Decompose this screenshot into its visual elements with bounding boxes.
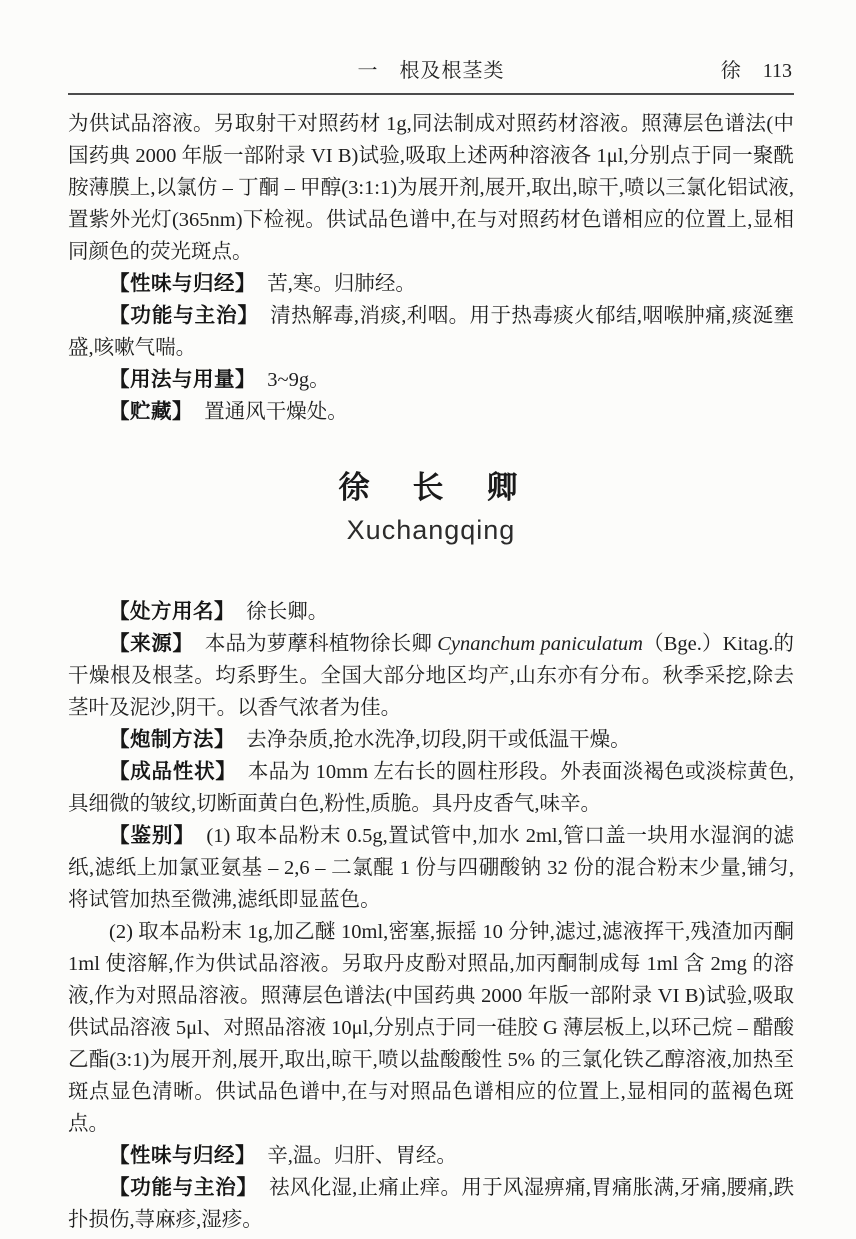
section-label: 【用法与用量】	[109, 368, 256, 391]
page-number: 113	[763, 60, 792, 82]
section-label: 【处方用名】	[109, 600, 235, 623]
section-label: 【炮制方法】	[109, 728, 235, 751]
section-identification-1: 【鉴别】(1) 取本品粉末 0.5g,置试管中,加水 2ml,管口盖一块用水湿润…	[68, 820, 794, 916]
section-text: 徐长卿。	[246, 601, 328, 623]
book-page-scan: 一 根及根茎类 徐113 为供试品溶液。另取射干对照药材 1g,同法制成对照药材…	[0, 0, 856, 1239]
header-rule	[68, 93, 794, 95]
section-label: 【功能与主治】	[109, 1176, 258, 1199]
latin-binomial: Cynanchum paniculatum	[437, 633, 643, 655]
section-label: 【贮藏】	[109, 400, 193, 423]
section-text: 去净杂质,抢水洗净,切段,阴干或低温干燥。	[246, 729, 630, 751]
chapter-title: 一 根及根茎类	[68, 56, 794, 86]
section-storage: 【贮藏】置通风干燥处。	[68, 396, 794, 428]
section-properties: 【成品性状】本品为 10mm 左右长的圆柱形段。外表面淡褐色或淡棕黄色,具细微的…	[68, 756, 794, 820]
section-label: 【性味与归经】	[109, 272, 256, 295]
monograph-title: 徐 长 卿	[68, 472, 794, 504]
section-label: 【成品性状】	[109, 760, 237, 783]
section-text: 3~9g。	[267, 369, 329, 391]
section-taste-meridian: 【性味与归经】苦,寒。归肺经。	[68, 268, 794, 300]
folio-section-char: 徐	[721, 60, 741, 82]
section-processing: 【炮制方法】去净杂质,抢水洗净,切段,阴干或低温干燥。	[68, 724, 794, 756]
section-identification-2: (2) 取本品粉末 1g,加乙醚 10ml,密塞,振摇 10 分钟,滤过,滤液挥…	[68, 916, 794, 1140]
section-prescription-name: 【处方用名】徐长卿。	[68, 596, 794, 628]
section-functions: 【功能与主治】清热解毒,消痰,利咽。用于热毒痰火郁结,咽喉肿痛,痰涎壅盛,咳嗽气…	[68, 300, 794, 364]
section-label: 【功能与主治】	[109, 304, 259, 327]
page-body: 为供试品溶液。另取射干对照药材 1g,同法制成对照药材溶液。照薄层色谱法(中国药…	[68, 108, 794, 1236]
section-label: 【来源】	[109, 632, 194, 655]
running-head: 一 根及根茎类 徐113	[68, 56, 794, 86]
monograph-heading: 徐 长 卿 Xuchangqing	[68, 472, 794, 546]
section-text: 苦,寒。归肺经。	[267, 273, 416, 295]
continuation-paragraph: 为供试品溶液。另取射干对照药材 1g,同法制成对照药材溶液。照薄层色谱法(中国药…	[68, 108, 794, 268]
section-functions-2: 【功能与主治】祛风化湿,止痛止痒。用于风湿痹痛,胃痛胀满,牙痛,腰痛,跌扑损伤,…	[68, 1172, 794, 1236]
section-taste-meridian-2: 【性味与归经】辛,温。归肝、胃经。	[68, 1140, 794, 1172]
folio: 徐113	[721, 56, 792, 86]
section-source: 【来源】本品为萝藦科植物徐长卿 Cynanchum paniculatum（Bg…	[68, 628, 794, 724]
section-label: 【鉴别】	[109, 824, 195, 847]
section-text: 辛,温。归肝、胃经。	[267, 1145, 457, 1167]
section-text: 置通风干燥处。	[204, 401, 348, 423]
monograph-pinyin: Xuchangqing	[68, 514, 794, 546]
section-label: 【性味与归经】	[109, 1144, 256, 1167]
section-text-pre: 本品为萝藦科植物徐长卿	[205, 633, 437, 655]
section-dosage: 【用法与用量】3~9g。	[68, 364, 794, 396]
